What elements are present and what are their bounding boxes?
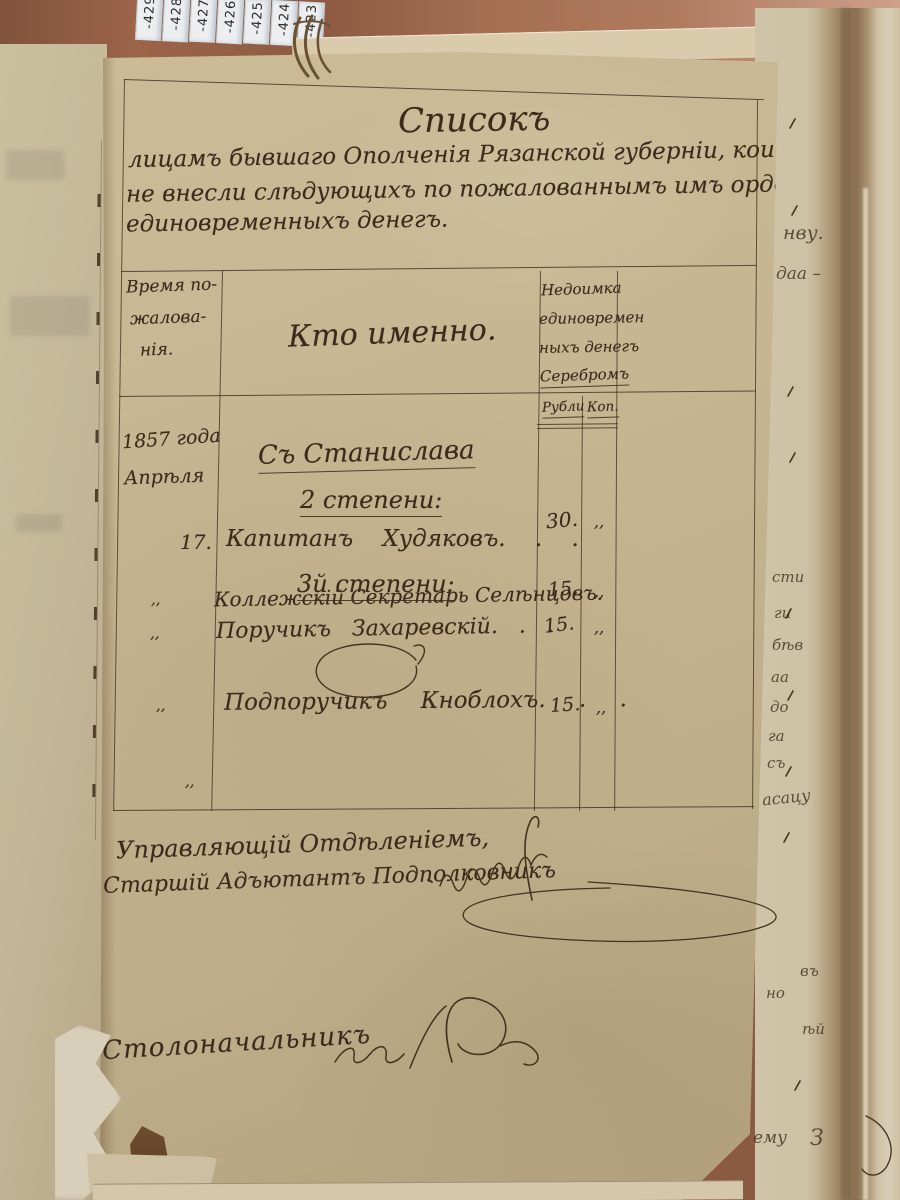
col-header-arrears: Недоимка [541, 279, 622, 300]
row-rubles: 15. [549, 693, 581, 717]
signoff-title-line-2: Старшій Адъютантъ Подполковникъ [103, 858, 557, 899]
bleedthrough-stamp [6, 150, 64, 180]
photo-of-archival-document: -429 -428 -427 -426 -425 -424 -423 нву. … [0, 0, 900, 1200]
ragged-edge-streak [841, 8, 851, 1200]
row-day: 17. [180, 530, 212, 554]
tab-428: -428 [162, 0, 190, 43]
subheader-doubleline-2 [537, 427, 618, 429]
frame-top [124, 79, 764, 100]
tab-label: -425 [249, 1, 266, 35]
frame-bottom [113, 806, 754, 811]
col-header-who: Кто именно. [287, 312, 496, 354]
frame-right [752, 100, 758, 809]
neighbor-page-fragment: до [770, 698, 789, 716]
intro-line: единовременныхъ денегъ. [126, 206, 449, 237]
col-header-time: жалова- [130, 307, 207, 330]
row-name: Коллежскій Секретарь Селѣнцовъ. [214, 581, 603, 612]
row-rubles: 30. [545, 507, 579, 534]
row-kopecks: ,, [594, 618, 604, 637]
bleedthrough-text [16, 514, 62, 532]
neighbor-page-fragment: съ [767, 754, 785, 772]
footer-ditto-mark: ,, [185, 772, 195, 790]
tab-label: -428 [169, 0, 186, 31]
neighbor-page-fragment: въ [800, 962, 819, 980]
tab-label: -429 [142, 0, 159, 29]
col-header-rub: Рубли [542, 398, 585, 418]
neighbor-page-fragment: но [766, 984, 785, 1002]
ragged-edge-streak [863, 188, 868, 1200]
neighbor-page-fragment: нву. [783, 222, 824, 244]
left-page-verso [0, 44, 107, 1200]
neighbor-page-fragment: ѣй [802, 1020, 825, 1038]
neighbor-page-fragment: З [810, 1126, 824, 1151]
row-day: ,, [150, 624, 160, 642]
col-header-time: Время по- [126, 274, 218, 297]
neighbor-page-fragment: га [768, 727, 785, 745]
table-header-top [121, 265, 757, 272]
bottom-page-edge [93, 1180, 743, 1200]
row-kopecks: ,, [594, 582, 604, 601]
row-day: ,, [151, 590, 161, 608]
col-header-arrears: Серебромъ [540, 364, 630, 388]
degree-2-heading: 2 степени: [300, 486, 442, 517]
col-header-arrears: единовремен [539, 308, 645, 328]
subheader-doubleline-1 [537, 423, 618, 425]
order-heading: Съ Станислава [258, 435, 475, 474]
tab-label: -426 [222, 0, 239, 34]
row-name: Поручикъ Захаревскій. . . [216, 613, 554, 644]
neighbor-page-fragment: бѣв [772, 636, 803, 654]
tab-427: -427 [189, 0, 217, 43]
signoff-title-line-3: Столоначальникъ [101, 1020, 371, 1066]
tab-426: -426 [216, 0, 244, 44]
tab-label: -427 [196, 0, 213, 32]
tab-425: -425 [243, 0, 271, 45]
neighbor-page-fragment: даа – [776, 264, 821, 284]
neighbor-page-fragment: ги [774, 604, 791, 622]
right-page-stack: нву. даа – сти ги бѣв аа до га съ асацу … [755, 8, 900, 1200]
document-title: Списокъ [398, 99, 551, 142]
row-kopecks: ,, [596, 698, 606, 717]
row-day: ,, [156, 696, 166, 714]
neighbor-page-fragment: аа [771, 668, 789, 686]
award-month: Апрѣля [124, 465, 205, 490]
award-year: 1857 года [121, 425, 221, 454]
row-rubles: 15. [543, 612, 576, 638]
col-header-time: нія. [140, 339, 174, 360]
row-name: Капитанъ Худяковъ. . . [226, 526, 579, 552]
signoff-title-line-1: Управляющій Отдѣленіемъ, [116, 823, 490, 864]
row-kopecks: ,, [594, 512, 604, 531]
tab-429: -429 [135, 0, 163, 41]
col-divider-time [211, 271, 223, 811]
manuscript-page: Списокъ лицамъ бывшаго Ополченія Рязанск… [100, 46, 780, 1200]
col-header-arrears: ныхъ денегъ [539, 337, 639, 357]
table-header-bottom [119, 390, 756, 397]
col-header-kop: Коп. [587, 398, 619, 418]
intro-line: не внесли слѣдующихъ по пожалованнымъ им… [126, 170, 851, 207]
intro-line: лицамъ бывшаго Ополченія Рязанской губер… [128, 137, 775, 173]
bleedthrough-text [10, 296, 90, 336]
neighbor-page-fragment: ему [753, 1128, 787, 1148]
neighbor-page-fragment: асацу [761, 786, 811, 810]
tab-label: -423 [303, 4, 320, 38]
tab-label: -424 [276, 2, 293, 36]
row-rubles: 15. [547, 577, 579, 601]
neighbor-page-fragment: сти [772, 568, 804, 586]
